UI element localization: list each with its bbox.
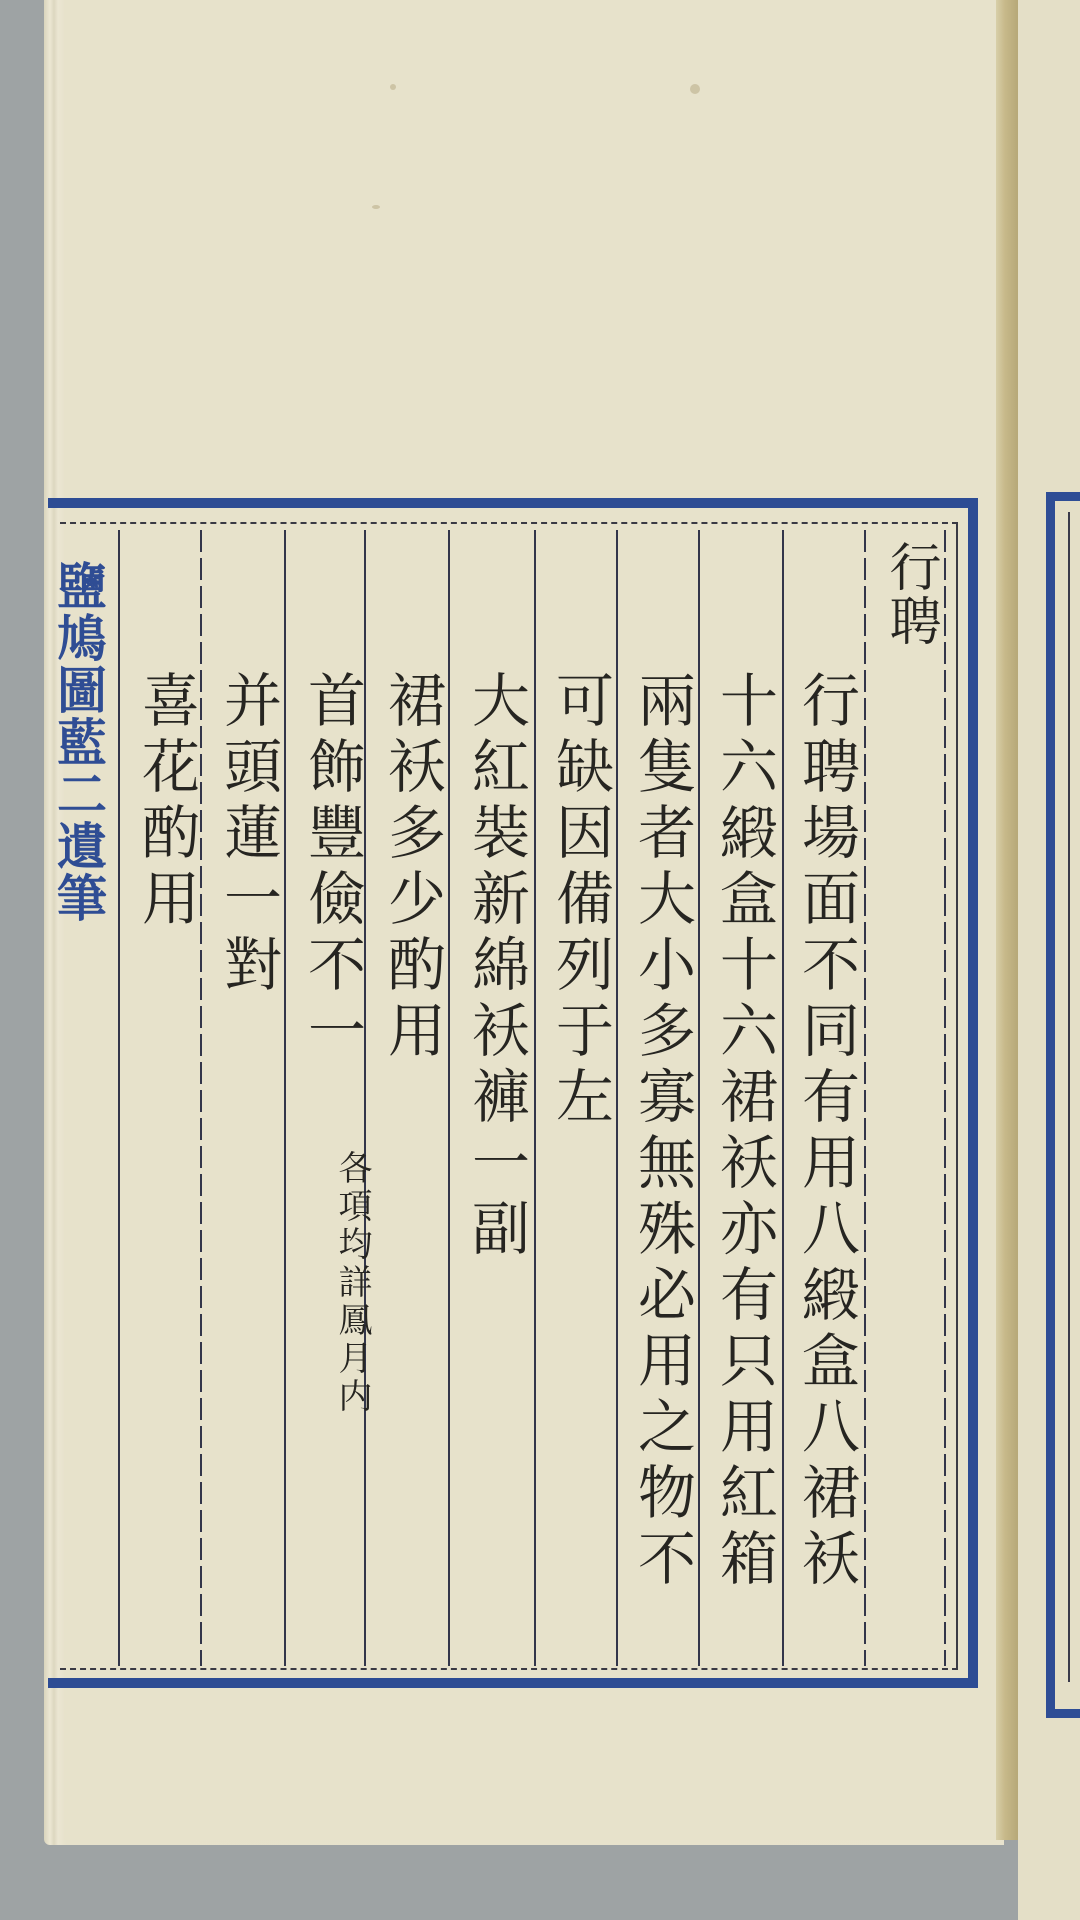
paper-spot: [372, 205, 380, 209]
column-rule: [782, 530, 784, 1666]
column-rule: [534, 530, 536, 1666]
column-rule: [616, 530, 618, 1666]
page-fold-shadow: [996, 0, 1018, 1840]
column-rule: [864, 530, 866, 1666]
text-column-4: 可缺因備列于左: [544, 670, 616, 1132]
text-column-1: 行聘場面不同有用八緞盒八裙袄: [790, 670, 862, 1594]
paper-spot: [690, 84, 700, 94]
adjacent-page-rule: [1068, 512, 1080, 1682]
text-column-6: 裙袄多少酌用: [376, 670, 448, 1066]
text-column-9: 喜花酌用: [130, 670, 202, 934]
text-column-3: 兩隻者大小多寡無殊必用之物不: [626, 670, 698, 1594]
text-column-2: 十六緞盒十六裙袄亦有只用紅箱: [708, 670, 780, 1594]
column-rule: [944, 530, 946, 1666]
text-column-8: 并頭蓮一對: [212, 670, 284, 1000]
column-rule: [448, 530, 450, 1666]
paper-spot: [390, 84, 396, 90]
column-rule: [118, 530, 120, 1666]
margin-book-title: 鹽鳩圖藍二遺筆: [48, 560, 108, 924]
annotation-note: 各項均詳鳳月内: [332, 1150, 372, 1416]
text-column-5: 大紅裝新綿袄褲一副: [460, 670, 532, 1264]
column-rule: [284, 530, 286, 1666]
section-heading: 行聘: [874, 540, 946, 648]
column-rule: [698, 530, 700, 1666]
text-column-7: 首飾豐儉不一: [296, 670, 368, 1066]
